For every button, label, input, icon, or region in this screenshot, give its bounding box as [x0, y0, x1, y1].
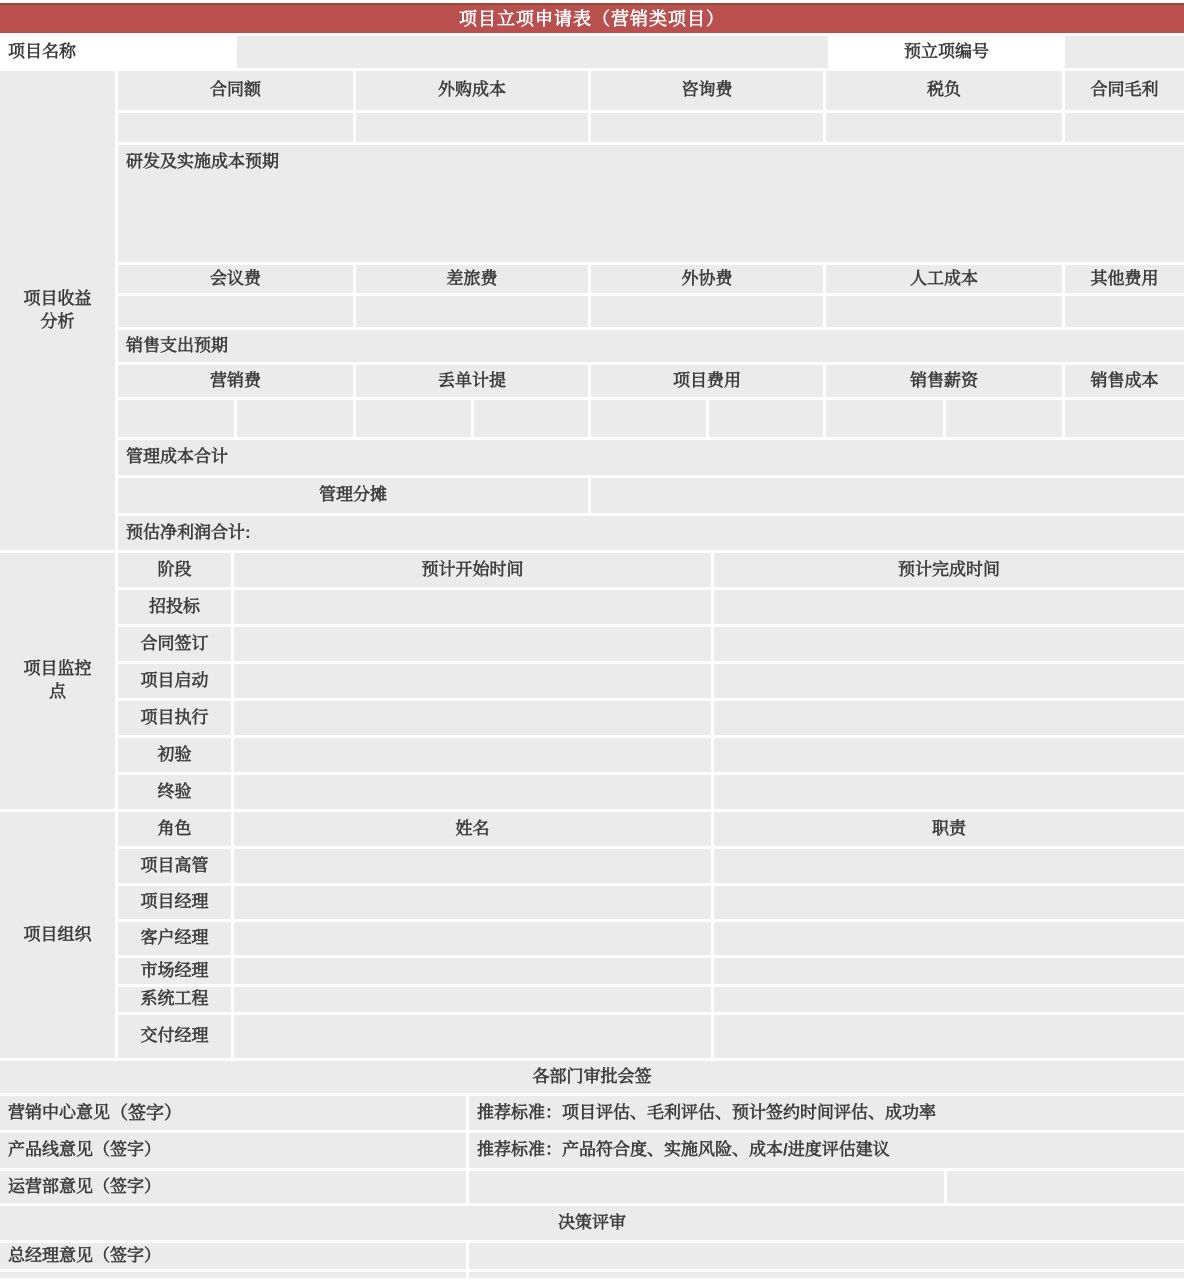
- operations-sign-suffix: （签字）: [93, 1176, 161, 1199]
- marketing-opinion-label: 营销中心意见: [8, 1102, 110, 1125]
- stage-row-bidding: 招投标: [118, 590, 1184, 624]
- role-label-executive: 项目高管: [118, 849, 231, 883]
- revenue-section-label-cell: 项目收益分析: [0, 71, 115, 550]
- role-label-marketing-manager: 市场经理: [118, 958, 231, 984]
- input-final-acceptance-finish[interactable]: [714, 775, 1184, 809]
- role-row-project-manager: 项目经理: [118, 886, 1184, 919]
- header-travel-fee: 差旅费: [356, 265, 588, 293]
- product-opinion-label-cell[interactable]: 产品线意见（签字）: [0, 1133, 466, 1168]
- input-lost-order-a[interactable]: [356, 400, 471, 437]
- input-labor-cost[interactable]: [826, 296, 1062, 327]
- revenue-section-label: 项目收益分析: [21, 288, 95, 334]
- bottom-sliver-row: [0, 1272, 1184, 1278]
- organization-section-label: 项目组织: [21, 924, 95, 947]
- header-contract-margin: 合同毛利: [1065, 71, 1184, 110]
- organization-header-row: 角色 姓名 职责: [118, 812, 1184, 846]
- section-organization: 项目组织 角色 姓名 职责 项目高管 项目经理 客户经理: [0, 812, 1184, 1058]
- role-row-delivery-manager: 交付经理: [118, 1015, 1184, 1058]
- input-kickoff-start[interactable]: [234, 664, 711, 698]
- role-row-system-engineer: 系统工程: [118, 987, 1184, 1012]
- pre-project-no-label: 预立项编号: [831, 36, 1062, 68]
- stage-row-initial-acceptance: 初验: [118, 738, 1184, 772]
- header-sales-salary: 销售薪资: [826, 365, 1062, 397]
- monitoring-section-label: 项目监控点: [21, 658, 95, 704]
- decision-review-title: 决策评审: [0, 1206, 1184, 1240]
- input-project-manager-responsibility[interactable]: [714, 886, 1184, 919]
- input-marketing-fee-a[interactable]: [118, 400, 234, 437]
- input-system-engineer-responsibility[interactable]: [714, 987, 1184, 1012]
- input-operations-opinion[interactable]: [469, 1171, 944, 1203]
- role-label-system-engineer: 系统工程: [118, 987, 231, 1012]
- mgmt-cost-row: 管理成本合计: [118, 440, 1184, 475]
- input-delivery-manager-responsibility[interactable]: [714, 1015, 1184, 1058]
- gm-opinion-label-cell[interactable]: 总经理意见（签字）: [0, 1243, 466, 1269]
- sales-value-row: [118, 400, 1184, 437]
- monitoring-section-label-cell: 项目监控点: [0, 553, 115, 809]
- mgmt-cost-total-cell: 管理成本合计: [118, 440, 1184, 475]
- input-outsourcing-cost[interactable]: [356, 113, 588, 142]
- stage-label-kickoff: 项目启动: [118, 664, 231, 698]
- stage-label-contract-signing: 合同签订: [118, 627, 231, 661]
- bottom-sliver-right: [469, 1272, 1184, 1278]
- mgmt-allocation-input[interactable]: [591, 478, 1184, 513]
- form-title: 项目立项申请表（营销类项目）: [459, 5, 725, 31]
- bottom-sliver-left: [0, 1272, 466, 1278]
- input-bidding-start[interactable]: [234, 590, 711, 624]
- mgmt-allocation-label: 管理分摊: [118, 478, 588, 513]
- form-title-bar: 项目立项申请表（营销类项目）: [0, 3, 1184, 33]
- project-initiation-form: 项目立项申请表（营销类项目） 项目名称 预立项编号 项目收益分析 合同额 外购成…: [0, 0, 1184, 1278]
- input-contract-signing-start[interactable]: [234, 627, 711, 661]
- decision-title-row: 决策评审: [0, 1206, 1184, 1240]
- sales-header-row: 营销费 丢单计提 项目费用 销售薪资 销售成本: [118, 365, 1184, 397]
- role-label-delivery-manager: 交付经理: [118, 1015, 231, 1058]
- header-role: 角色: [118, 812, 231, 846]
- input-marketing-manager-responsibility[interactable]: [714, 958, 1184, 984]
- net-profit-total-cell: 预估净利润合计:: [118, 516, 1184, 550]
- approval-title-row: 各部门审批会签: [0, 1061, 1184, 1093]
- product-criteria-cell: 推荐标准：产品符合度、实施风险、成本/进度评估建议: [469, 1133, 1184, 1168]
- gm-sign-suffix: （签字）: [93, 1245, 161, 1268]
- input-tax-burden[interactable]: [826, 113, 1062, 142]
- marketing-opinion-row: 营销中心意见（签字） 推荐标准：项目评估、毛利评估、预计签约时间评估、成功率: [0, 1096, 1184, 1130]
- input-lost-order-b[interactable]: [474, 400, 588, 437]
- product-sign-suffix: （签字）: [93, 1139, 161, 1162]
- header-outsourcing-cost: 外购成本: [356, 71, 588, 110]
- input-initial-acceptance-start[interactable]: [234, 738, 711, 772]
- input-other-fee[interactable]: [1065, 296, 1184, 327]
- header-consulting-fee: 咨询费: [591, 71, 823, 110]
- header-name: 姓名: [234, 812, 711, 846]
- section-revenue-analysis: 项目收益分析 合同额 外购成本 咨询费 税负 合同毛利 研发及实施成本预期 会议: [0, 71, 1184, 550]
- input-system-engineer-name[interactable]: [234, 987, 711, 1012]
- sales-expense-expectation-cell: 销售支出预期: [118, 330, 1184, 362]
- input-travel-fee[interactable]: [356, 296, 588, 327]
- marketing-sign-suffix: （签字）: [110, 1101, 182, 1125]
- stage-row-contract-signing: 合同签订: [118, 627, 1184, 661]
- input-project-fee-b[interactable]: [709, 400, 823, 437]
- operations-opinion-row: 运营部意见（签字）: [0, 1171, 1184, 1203]
- role-label-account-manager: 客户经理: [118, 922, 231, 955]
- header-tax-burden: 税负: [826, 71, 1062, 110]
- organization-section-label-cell: 项目组织: [0, 812, 115, 1058]
- input-initial-acceptance-finish[interactable]: [714, 738, 1184, 772]
- stage-label-execution: 项目执行: [118, 701, 231, 735]
- header-project-fee: 项目费用: [591, 365, 823, 397]
- header-marketing-fee: 营销费: [118, 365, 353, 397]
- input-contract-margin[interactable]: [1065, 113, 1184, 142]
- stage-row-final-acceptance: 终验: [118, 775, 1184, 809]
- input-account-manager-responsibility[interactable]: [714, 922, 1184, 955]
- mgmt-alloc-row: 管理分摊: [118, 478, 1184, 513]
- input-contract-signing-finish[interactable]: [714, 627, 1184, 661]
- header-lost-order-provision: 丢单计提: [356, 365, 588, 397]
- input-execution-start[interactable]: [234, 701, 711, 735]
- input-contract-amount[interactable]: [118, 113, 353, 142]
- header-responsibility: 职责: [714, 812, 1184, 846]
- operations-opinion-label-cell[interactable]: 运营部意见（签字）: [0, 1171, 466, 1203]
- role-label-project-manager: 项目经理: [118, 886, 231, 919]
- header-sales-cost: 销售成本: [1065, 365, 1184, 397]
- product-opinion-label: 产品线意见: [8, 1139, 93, 1162]
- marketing-criteria-cell: 推荐标准：项目评估、毛利评估、预计签约时间评估、成功率: [469, 1096, 1184, 1130]
- product-opinion-row: 产品线意见（签字） 推荐标准：产品符合度、实施风险、成本/进度评估建议: [0, 1133, 1184, 1168]
- input-sales-salary-a[interactable]: [826, 400, 943, 437]
- input-sales-salary-b[interactable]: [946, 400, 1062, 437]
- input-project-manager-name[interactable]: [234, 886, 711, 919]
- input-account-manager-name[interactable]: [234, 922, 711, 955]
- input-executive-responsibility[interactable]: [714, 849, 1184, 883]
- input-bidding-finish[interactable]: [714, 590, 1184, 624]
- gm-opinion-label: 总经理意见: [8, 1245, 93, 1268]
- role-row-account-manager: 客户经理: [118, 922, 1184, 955]
- input-gm-opinion[interactable]: [469, 1243, 1184, 1269]
- header-planned-start: 预计开始时间: [234, 553, 711, 587]
- input-project-fee-a[interactable]: [591, 400, 706, 437]
- rd-cost-expectation-cell[interactable]: 研发及实施成本预期: [118, 145, 1184, 262]
- header-contract-amount: 合同额: [118, 71, 353, 110]
- stage-row-kickoff: 项目启动: [118, 664, 1184, 698]
- net-profit-row: 预估净利润合计:: [118, 516, 1184, 550]
- input-consulting-fee[interactable]: [591, 113, 823, 142]
- expense-header-row: 会议费 差旅费 外协费 人工成本 其他费用: [118, 265, 1184, 293]
- input-subcontract-fee[interactable]: [591, 296, 823, 327]
- input-marketing-manager-name[interactable]: [234, 958, 711, 984]
- project-name-input[interactable]: [237, 36, 828, 68]
- top-identity-row: 项目名称 预立项编号: [0, 36, 1184, 68]
- expense-value-row: [118, 296, 1184, 327]
- header-labor-cost: 人工成本: [826, 265, 1062, 293]
- monitoring-header-row: 阶段 预计开始时间 预计完成时间: [118, 553, 1184, 587]
- pre-project-no-input[interactable]: [1065, 36, 1184, 68]
- input-marketing-fee-b[interactable]: [237, 400, 353, 437]
- input-final-acceptance-start[interactable]: [234, 775, 711, 809]
- header-planned-finish: 预计完成时间: [714, 553, 1184, 587]
- section-monitoring: 项目监控点 阶段 预计开始时间 预计完成时间 招投标 合同签订 项目启动: [0, 553, 1184, 809]
- input-operations-extra[interactable]: [947, 1171, 1184, 1203]
- header-other-fee: 其他费用: [1065, 265, 1184, 293]
- stage-label-bidding: 招投标: [118, 590, 231, 624]
- input-meeting-fee[interactable]: [118, 296, 353, 327]
- stage-label-final-acceptance: 终验: [118, 775, 231, 809]
- input-execution-finish[interactable]: [714, 701, 1184, 735]
- stage-label-initial-acceptance: 初验: [118, 738, 231, 772]
- rd-cost-row: 研发及实施成本预期: [118, 145, 1184, 262]
- sales-expense-label-row: 销售支出预期: [118, 330, 1184, 362]
- contract-value-row: [118, 113, 1184, 142]
- input-kickoff-finish[interactable]: [714, 664, 1184, 698]
- approval-section-title: 各部门审批会签: [0, 1061, 1184, 1093]
- operations-opinion-label: 运营部意见: [8, 1176, 93, 1199]
- role-row-executive: 项目高管: [118, 849, 1184, 883]
- header-meeting-fee: 会议费: [118, 265, 353, 293]
- stage-row-execution: 项目执行: [118, 701, 1184, 735]
- input-sales-cost[interactable]: [1065, 400, 1184, 437]
- input-executive-name[interactable]: [234, 849, 711, 883]
- header-subcontract-fee: 外协费: [591, 265, 823, 293]
- gm-opinion-row: 总经理意见（签字）: [0, 1243, 1184, 1269]
- role-row-marketing-manager: 市场经理: [118, 958, 1184, 984]
- contract-header-row: 合同额 外购成本 咨询费 税负 合同毛利: [118, 71, 1184, 110]
- marketing-opinion-label-cell[interactable]: 营销中心意见（签字）: [0, 1096, 466, 1130]
- input-delivery-manager-name[interactable]: [234, 1015, 711, 1058]
- project-name-label: 项目名称: [0, 36, 234, 68]
- header-stage: 阶段: [118, 553, 231, 587]
